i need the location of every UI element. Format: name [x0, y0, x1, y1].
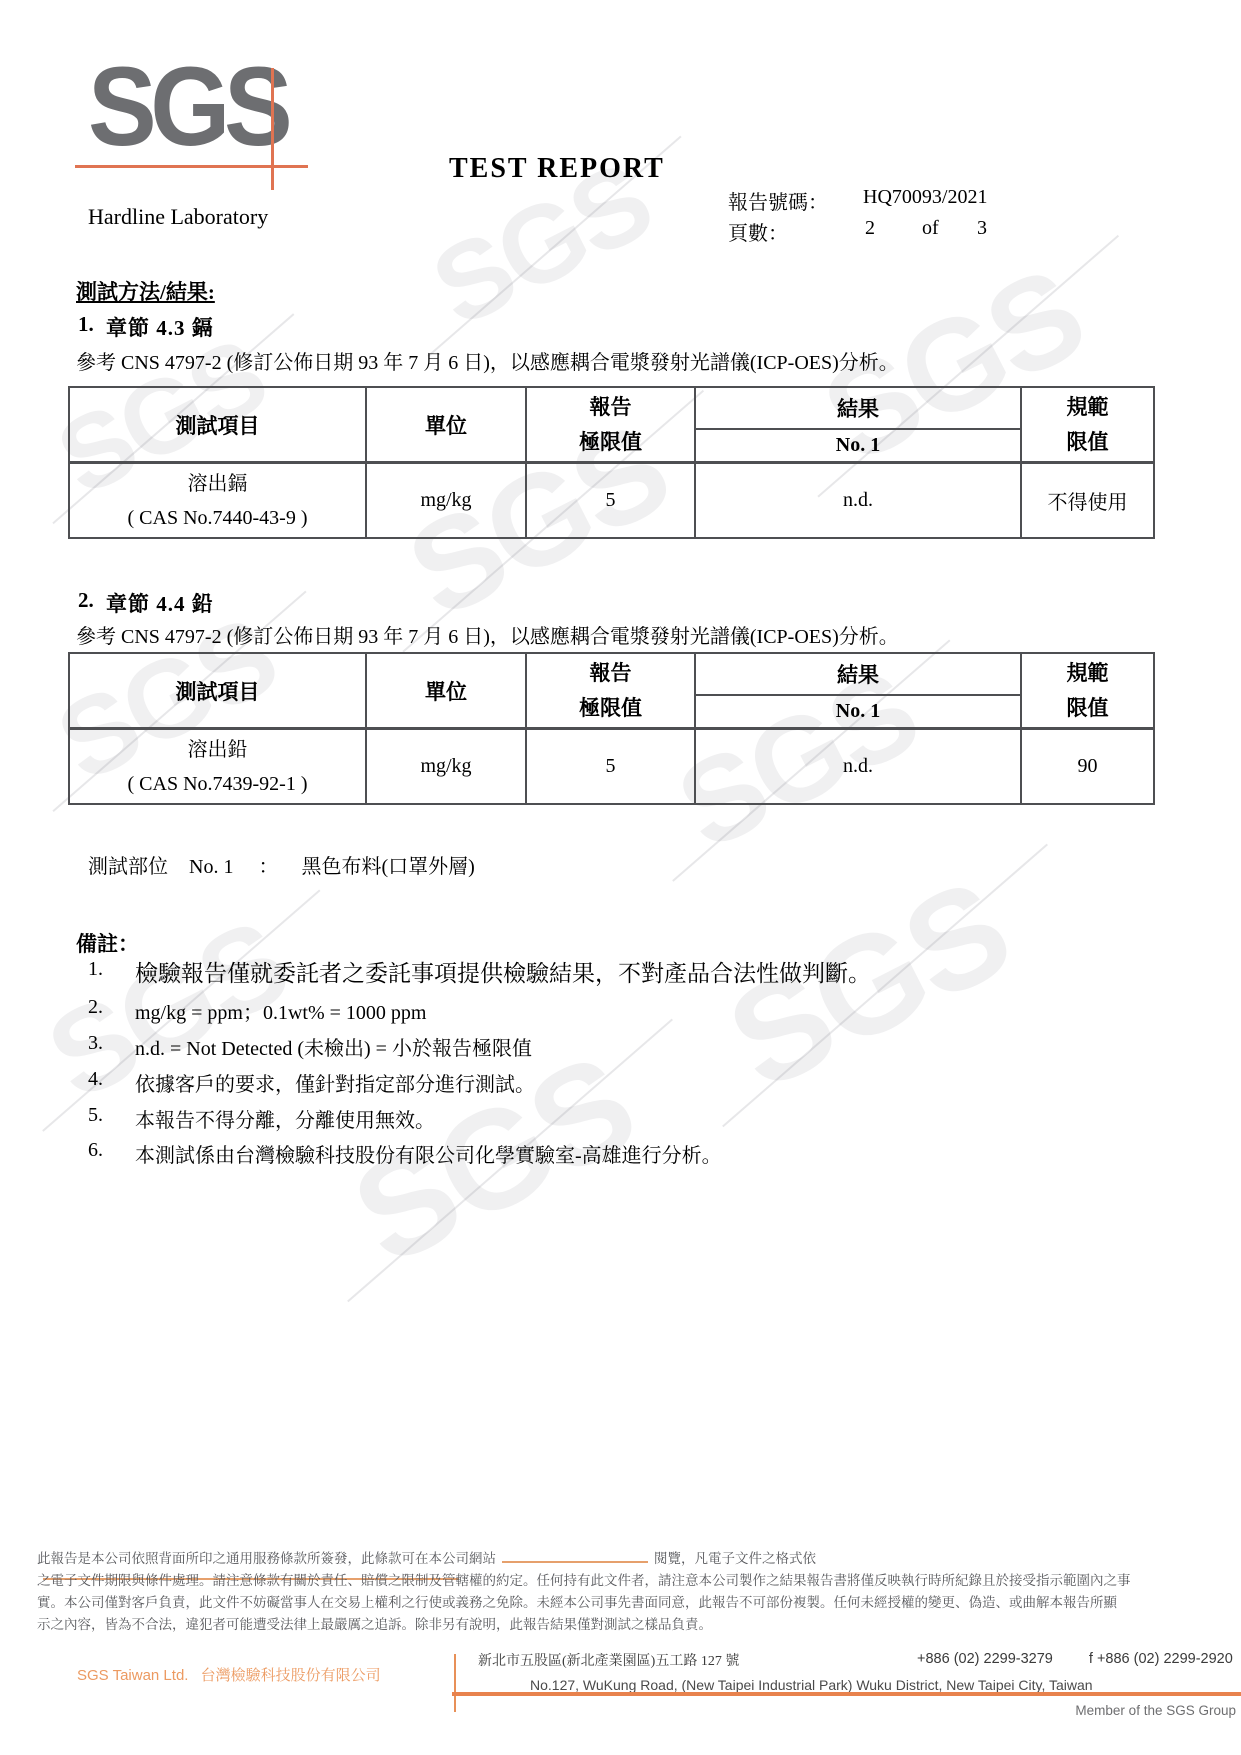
note-number: 4.	[88, 1068, 103, 1091]
result-cell: n.d.	[695, 463, 1021, 539]
address-chinese: 新北市五股區(新北產業園區)五工路 127 號	[478, 1650, 739, 1670]
phone-number: +886 (02) 2299-3279	[917, 1651, 1053, 1667]
col-header-spec-limit: 規範 限值	[1021, 387, 1154, 463]
company-name-line: SGS Taiwan Ltd. 台灣檢驗科技股份有限公司	[77, 1664, 381, 1685]
note-text: n.d. = Not Detected (未檢出) = 小於報告極限值	[135, 1032, 532, 1061]
test-report-page: { "watermark": "SGS", "colors": { "accen…	[0, 0, 1241, 1755]
report-limit-cell: 5	[526, 729, 695, 805]
legal-text-line-4: 示之內容，皆為不合法，違犯者可能遭受法律上最嚴厲之追訴。除非另有說明，此報告結果…	[37, 1616, 1209, 1633]
notes-title: 備註：	[76, 928, 139, 958]
tested-part-value: 黑色布料(口罩外層)	[301, 856, 474, 878]
note-number: 3.	[88, 1032, 103, 1055]
report-number-label: 報告號碼：	[728, 186, 828, 215]
col-header-result: 結果	[695, 387, 1021, 429]
cas-number: ( CAS No.7439-92-1 )	[70, 767, 365, 801]
test-item-name: 溶出鎘	[70, 467, 365, 501]
col-header-result: 結果	[695, 653, 1021, 695]
col-header-unit: 單位	[366, 653, 526, 729]
company-name-en: SGS Taiwan Ltd.	[77, 1667, 188, 1684]
report-number-value: HQ70093/2021	[863, 186, 987, 209]
report-limit-line1: 報告	[527, 390, 694, 425]
tested-part-number: No. 1	[189, 856, 233, 878]
page-of: of	[922, 217, 939, 240]
note-text: 本測試係由台灣檢驗科技股份有限公司化學實驗室-高雄進行分析。	[135, 1139, 722, 1168]
section-1-number: 1.	[78, 312, 94, 337]
footer-divider-vertical	[454, 1654, 456, 1712]
note-number: 1.	[88, 958, 103, 981]
spec-limit-line2: 限值	[1022, 425, 1153, 460]
legal-text-line-3: 實。本公司僅對客戶負責，此文件不妨礙當事人在交易上權利之行使或義務之免除。未經本…	[37, 1594, 1209, 1611]
lead-test-table: 測試項目 單位 報告 極限值 結果 規範 限值 No. 1 溶出鉛 ( CAS …	[68, 652, 1155, 805]
logo-crosshair-horizontal	[75, 165, 308, 168]
col-header-test-item: 測試項目	[69, 387, 366, 463]
section-2-reference: 參考 CNS 4797-2 (修訂公佈日期 93 年 7 月 6 日)，以感應耦…	[76, 620, 1166, 649]
website-blank-underline	[502, 1550, 648, 1563]
spec-limit-line1: 規範	[1022, 390, 1153, 425]
page-current: 2	[865, 217, 875, 240]
page-total: 3	[977, 217, 987, 240]
spec-limit-cell: 不得使用	[1021, 463, 1154, 539]
note-text: 檢驗報告僅就委託者之委託事項提供檢驗結果，不對產品合法性做判斷。	[135, 955, 871, 988]
col-header-report-limit: 報告 極限值	[526, 387, 695, 463]
result-sample-no-header: No. 1	[695, 695, 1021, 729]
report-limit-line2: 極限值	[527, 691, 694, 726]
result-cell: n.d.	[695, 729, 1021, 805]
tested-part-line: 測試部位 No. 1 ： 黑色布料(口罩外層)	[88, 850, 475, 879]
test-item-cell: 溶出鎘 ( CAS No.7440-43-9 )	[69, 463, 366, 539]
spec-limit-cell: 90	[1021, 729, 1154, 805]
address-english: No.127, WuKung Road, (New Taipei Industr…	[530, 1677, 1093, 1693]
page-count-label: 頁數：	[728, 217, 788, 246]
method-result-heading: 測試方法/結果:	[76, 276, 215, 306]
col-header-unit: 單位	[366, 387, 526, 463]
result-sample-no-header: No. 1	[695, 429, 1021, 463]
unit-cell: mg/kg	[366, 463, 526, 539]
legal-line1-part-b: 閱覽，凡電子文件之格式依	[654, 1551, 816, 1566]
col-header-spec-limit: 規範 限值	[1021, 653, 1154, 729]
col-header-test-item: 測試項目	[69, 653, 366, 729]
section-1-heading: 章節 4.3 鎘	[106, 312, 214, 342]
member-of-sgs-group: Member of the SGS Group	[1075, 1703, 1236, 1718]
unit-cell: mg/kg	[366, 729, 526, 805]
legal-text-line-2: 之電子文件期限與條件處理。請注意條款有關於責任、賠償之限制及管轄權的約定。任何持…	[37, 1572, 1209, 1589]
tested-part-label: 測試部位	[88, 856, 168, 878]
legal-line1-part-a: 此報告是本公司依照背面所印之通用服務條款所簽發，此條款可在本公司網站	[37, 1551, 496, 1566]
test-item-cell: 溶出鉛 ( CAS No.7439-92-1 )	[69, 729, 366, 805]
test-item-name: 溶出鉛	[70, 733, 365, 767]
sgs-logo: SGS	[88, 54, 286, 160]
lab-name: Hardline Laboratory	[88, 204, 268, 230]
report-limit-line1: 報告	[527, 656, 694, 691]
report-limit-cell: 5	[526, 463, 695, 539]
section-1-reference: 參考 CNS 4797-2 (修訂公佈日期 93 年 7 月 6 日)，以感應耦…	[76, 346, 1166, 375]
footer-divider-horizontal	[452, 1692, 1241, 1696]
cadmium-test-table: 測試項目 單位 報告 極限值 結果 規範 限值 No. 1 溶出鎘 ( CAS …	[68, 386, 1155, 539]
spec-limit-line2: 限值	[1022, 691, 1153, 726]
section-2-number: 2.	[78, 588, 94, 613]
tested-part-colon: ：	[258, 856, 278, 878]
section-2-heading: 章節 4.4 鉛	[106, 588, 214, 618]
note-number: 5.	[88, 1104, 103, 1127]
note-text: 本報告不得分離，分離使用無效。	[135, 1104, 435, 1133]
spec-limit-line1: 規範	[1022, 656, 1153, 691]
note-text: mg/kg = ppm；0.1wt% = 1000 ppm	[135, 996, 426, 1025]
note-text: 依據客戶的要求，僅針對指定部分進行測試。	[135, 1068, 535, 1097]
company-name-cn: 台灣檢驗科技股份有限公司	[201, 1667, 381, 1684]
cas-number: ( CAS No.7440-43-9 )	[70, 501, 365, 535]
col-header-report-limit: 報告 極限值	[526, 653, 695, 729]
report-limit-line2: 極限值	[527, 425, 694, 460]
fax-number: f +886 (02) 2299-2920	[1089, 1651, 1233, 1667]
phone-fax-line: +886 (02) 2299-3279 f +886 (02) 2299-292…	[917, 1651, 1233, 1667]
note-number: 2.	[88, 996, 103, 1019]
note-number: 6.	[88, 1139, 103, 1162]
logo-crosshair-vertical	[271, 68, 274, 190]
report-title: TEST REPORT	[449, 153, 665, 185]
